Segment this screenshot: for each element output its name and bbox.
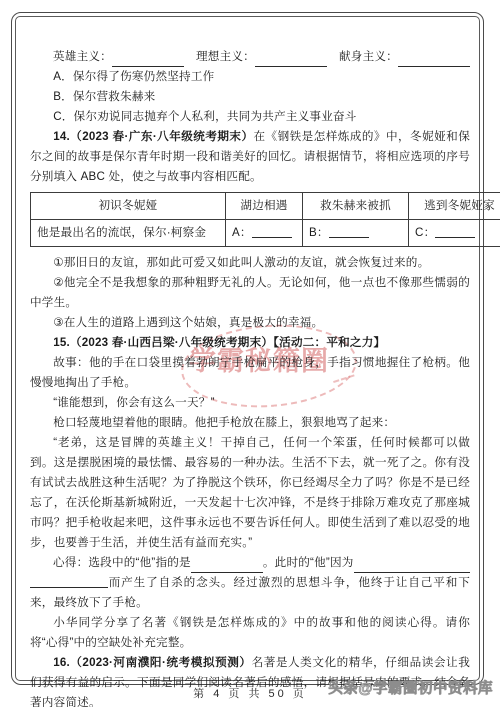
note-1: ①那旧日的友谊，那如此可爱又如此叫人激动的友谊，就会恢复过来的。	[30, 253, 470, 273]
match-header-2: 湖边相遇	[226, 193, 303, 220]
insight-blank-1	[191, 559, 263, 573]
story-label: 故事：	[53, 356, 89, 369]
document-content: 英雄主义： 理想主义： 献身主义： A．保尔得了伤寒仍然坚持工作 B．保尔营救朱…	[30, 47, 470, 707]
note-2: ②他完全不是我想象的那种粗野无礼的人。无论如何，他一点也不像那些懦弱的中学生。	[30, 273, 470, 313]
insight-part2: 。此时的“他”因为	[263, 553, 354, 573]
narration: 枪口轻蔑地望着他的眼睛。他把手枪放在膝上，狠狠地骂了起来：	[30, 413, 470, 433]
question-14: 14.（2023 春·广东·八年级统考期末）在《钢铁是怎样炼成的》中，冬妮娅和保…	[30, 127, 470, 187]
match-table: 初识冬妮娅 湖边相遇 救朱赫来被抓 逃到冬妮娅家 他是最出名的流氓，保尔·柯察金…	[30, 192, 500, 247]
answer-a-blank	[252, 224, 292, 238]
question-15-activity: 【活动二：平和之力】	[273, 336, 385, 349]
hero-blank	[112, 53, 184, 67]
option-b: B．保尔营救朱赫来	[30, 87, 470, 107]
match-cell-description: 他是最出名的流氓，保尔·柯察金	[31, 220, 226, 247]
question-16-source: （2023·河南濮阳·统考模拟预测）	[70, 656, 252, 669]
match-cell-c: C：	[409, 220, 500, 247]
story-text: 他的手在口袋里摸着勃朗宁手枪扁平的枪身，手指习惯地握住了枪柄。他慢慢地掏出了手枪…	[30, 356, 470, 389]
question-14-number: 14.	[53, 130, 70, 143]
insight-blank-2	[354, 559, 470, 573]
match-header-1: 初识冬妮娅	[31, 193, 226, 220]
question-15-number: 15.	[53, 336, 70, 349]
fill-in-line: 英雄主义： 理想主义： 献身主义：	[30, 47, 470, 67]
match-cell-b: B：	[303, 220, 409, 247]
option-c: C．保尔劝说同志抛弃个人私利，共同为共产主义事业奋斗	[30, 107, 470, 127]
insight-continuation: 而产生了自杀的念头。经过激烈的思想斗争，他终于让自己平和下来，最终放下了手枪。	[30, 573, 470, 613]
question-16-number: 16.	[53, 656, 70, 669]
devotion-blank	[398, 53, 470, 67]
question-15: 15.（2023 春·山西吕梁·八年级统考期末）【活动二：平和之力】	[30, 333, 470, 353]
ideal-blank	[255, 53, 327, 67]
answer-c-blank	[435, 224, 475, 238]
hero-label: 英雄主义：	[53, 47, 112, 67]
insight-line: 心得：选段中的“他”指的是。此时的“他”因为	[30, 553, 470, 573]
ideal-label: 理想主义：	[196, 47, 255, 67]
match-table-header-row: 初识冬妮娅 湖边相遇 救朱赫来被抓 逃到冬妮娅家	[31, 193, 500, 220]
insight-part1: 心得：选段中的“他”指的是	[53, 553, 191, 573]
question-14-source: （2023 春·广东·八年级统考期末）	[70, 130, 254, 143]
footer-brand-watermark: 头条@学霸圈初中资料库	[328, 677, 493, 698]
follow-up-paragraph: 小华同学分享了名著《钢铁是怎样炼成的》中的故事和他的阅读心得。请你将“心得”中的…	[30, 613, 470, 653]
question-15-source: （2023 春·山西吕梁·八年级统考期末）	[70, 336, 273, 349]
answer-b-blank	[329, 224, 369, 238]
devotion-label: 献身主义：	[339, 47, 398, 67]
option-a: A．保尔得了伤寒仍然坚持工作	[30, 67, 470, 87]
quote-1: “谁能想到，你会有这么一天？”	[30, 393, 470, 413]
match-header-4: 逃到冬妮娅家	[409, 193, 500, 220]
insight-blank-3	[30, 574, 108, 588]
story-paragraph: 故事：他的手在口袋里摸着勃朗宁手枪扁平的枪身，手指习惯地握住了枪柄。他慢慢地掏出…	[30, 353, 470, 393]
note-3: ③在人生的道路上遇到这个姑娘，真是极大的幸福。	[30, 313, 470, 333]
match-header-3: 救朱赫来被抓	[303, 193, 409, 220]
match-cell-a: A：	[226, 220, 303, 247]
quote-2: “老弟，这是冒牌的英雄主义！干掉自己，任何一个笨蛋，任何时候都可以做到。这是摆脱…	[30, 433, 470, 553]
match-table-answer-row: 他是最出名的流氓，保尔·柯察金 A： B： C：	[31, 220, 500, 247]
